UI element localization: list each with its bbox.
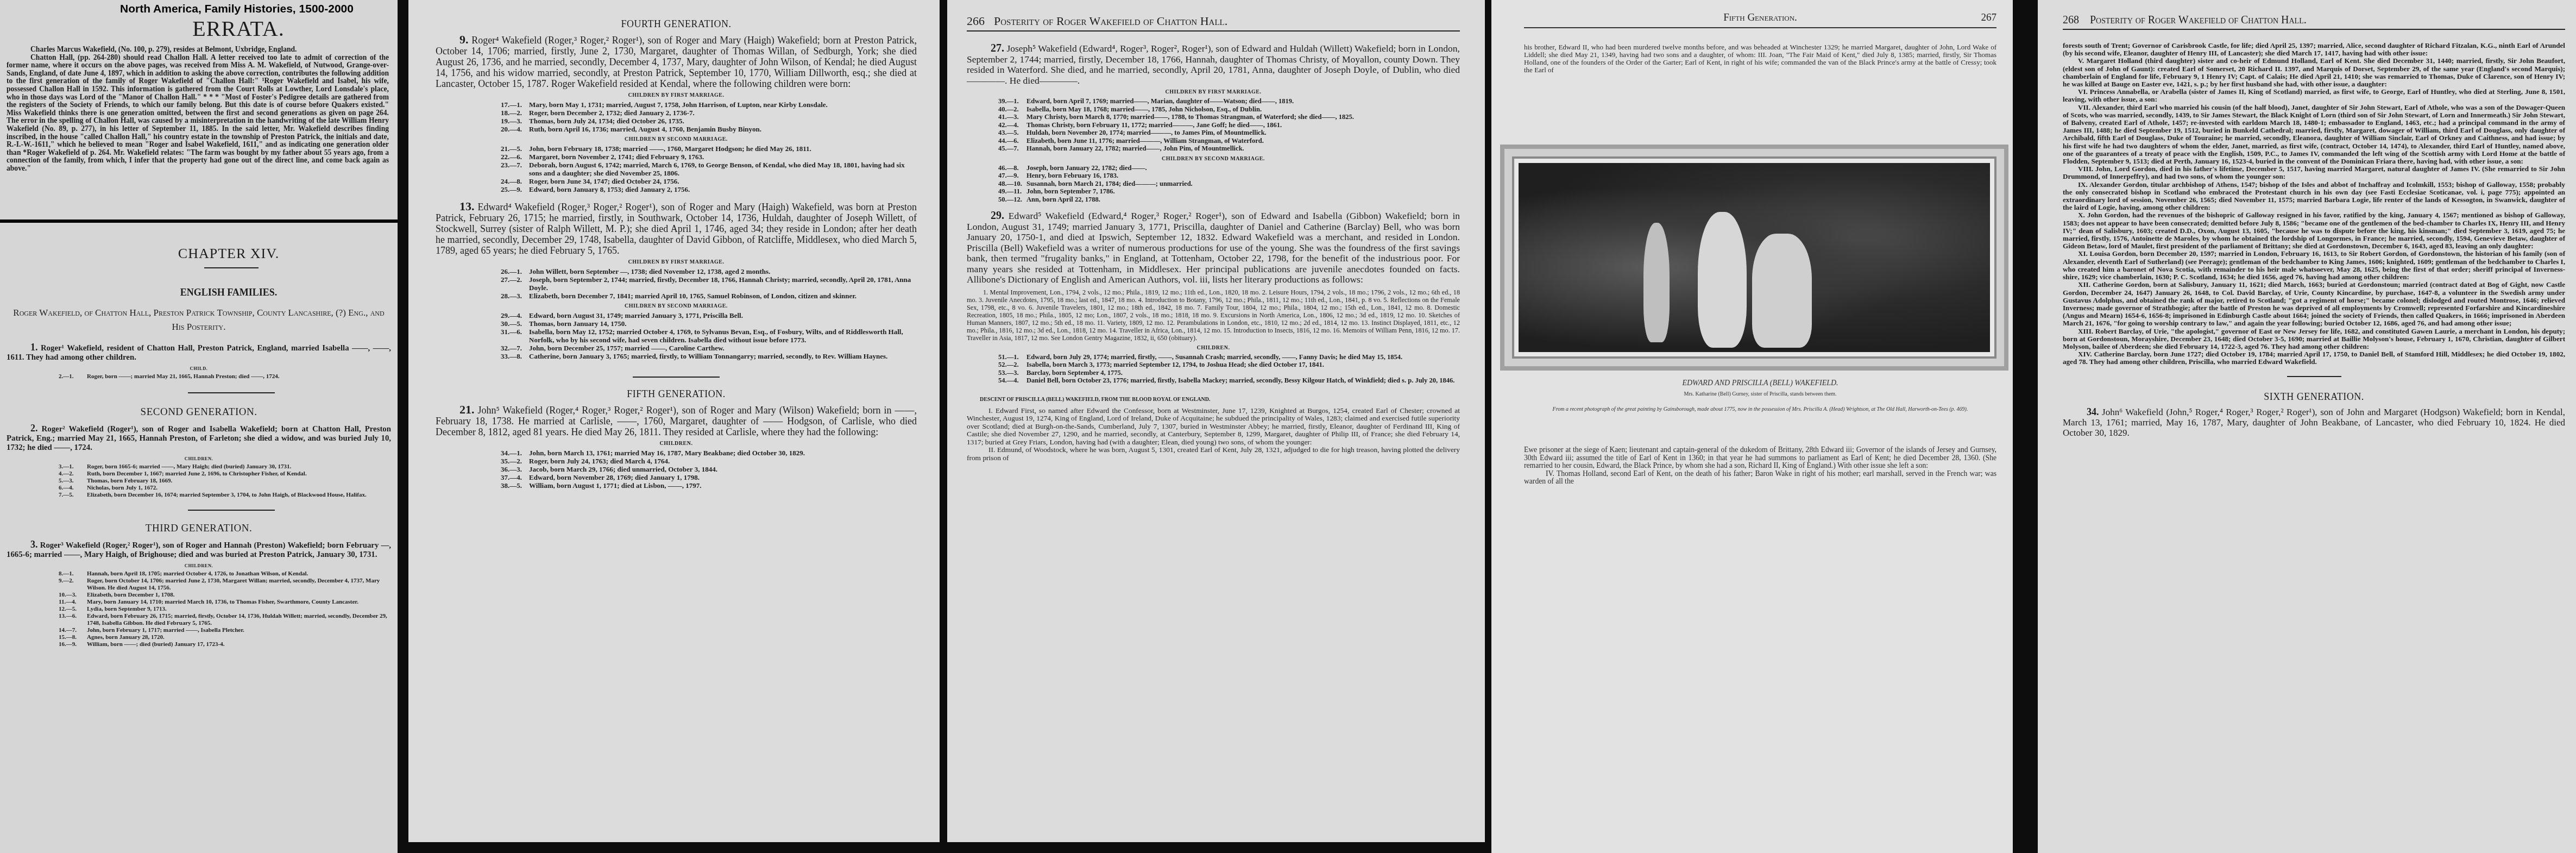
child-number: 44.—6.: [998, 137, 1026, 145]
child-text: Thomas Christy, born February 11, 1772; …: [1026, 121, 1460, 129]
child-text: Barclay, born September 4, 1775.: [1026, 369, 1460, 377]
publications-list: 1. Mental Improvement, Lon., 1794, 2 vol…: [967, 288, 1460, 342]
figure-woman-standing: [1698, 212, 1747, 348]
list-item: 46.—8.Joseph, born January 22, 1782; die…: [998, 164, 1460, 172]
child-text: Isabella, born March 3, 1773; married Se…: [1026, 361, 1460, 369]
entry-number: 21.: [459, 403, 475, 416]
child-text: William, born August 1, 1771; died at Li…: [529, 481, 917, 490]
genealogy-entry: 13. Edward⁴ Wakefield (Roger,³ Roger,² R…: [436, 201, 917, 256]
child-text: Isabella, born May 18, 1768; married——, …: [1026, 105, 1460, 114]
divider: [188, 510, 275, 511]
page-268: 268 Posterity of Roger Wakefield of Chat…: [2038, 0, 2576, 853]
child-text: Susannah, born March 21, 1784; died———; …: [1026, 180, 1460, 188]
child-text: John, born September 7, 1786.: [1026, 187, 1460, 196]
child-number: 28.—3.: [501, 292, 529, 300]
entry-number: 27.: [991, 42, 1004, 54]
entry-text: Roger³ Wakefield (Roger,² Roger¹), son o…: [7, 541, 391, 559]
entry-number: 1.: [30, 342, 38, 353]
descent-paragraph: XI. Louisa Gordon, born December 20, 159…: [2063, 250, 2565, 281]
child-number: 52.—2.: [998, 361, 1026, 369]
child-number: 6.—4.: [59, 485, 87, 492]
genealogy-entry: 2. Roger² Wakefield (Roger¹), son of Rog…: [7, 424, 391, 453]
child-text: John, born February 1, 1717; married ——,…: [87, 627, 391, 634]
list-item: 17.—1.Mary, born May 1, 1731; married, A…: [501, 101, 917, 109]
list-item: 41.—3.Mary Christy, born March 8, 1770; …: [998, 113, 1460, 121]
child-number: 39.—1.: [998, 97, 1026, 105]
portrait-painting-image: [1500, 145, 2008, 371]
children-list: 3.—1.Roger, born 1665-6; married ——, Mar…: [59, 463, 391, 499]
child-number: 4.—2.: [59, 471, 87, 478]
genealogy-entry: 29. Edward⁵ Wakefield (Edward,⁴ Roger,³ …: [967, 211, 1460, 285]
children-list: 2.—1.Roger, born ——; married May 21, 166…: [59, 373, 391, 380]
body-text-span: Ewe prisoner at the siege of Kaen; lieut…: [1524, 446, 1996, 469]
child-number: 50.—12.: [998, 196, 1026, 204]
child-text: Elizabeth, born December 1, 1708.: [87, 592, 391, 599]
descent-heading: DESCENT OF PRISCILLA (BELL) WAKEFIELD, F…: [980, 397, 1460, 403]
descent-paragraph: VI. Princess Annabella, or Arabella (sis…: [2063, 88, 2565, 103]
child-number: 13.—6.: [59, 613, 87, 627]
caption-note: From a recent photograph of the great pa…: [1524, 406, 1996, 413]
child-text: Margaret, born November 2, 1741; died Fe…: [529, 153, 917, 161]
children-label: CHILDREN.: [436, 441, 917, 447]
children-label: CHILDREN BY SECOND MARRIAGE.: [436, 136, 917, 142]
child-text: Edward, born February 26, 1715; married,…: [87, 613, 391, 627]
list-item: 34.—1.John, born March 13, 1761; married…: [501, 449, 917, 457]
child-text: Thomas, born January 14, 1750.: [529, 319, 917, 328]
child-number: 29.—4.: [501, 311, 529, 319]
divider: [204, 267, 259, 268]
descent-paragraph: V. Margaret Holland (third daughter) sis…: [2063, 57, 2565, 88]
list-item: 20.—4.Ruth, born April 16, 1736; married…: [501, 125, 917, 133]
list-item: 43.—5.Huldah, born November 20, 1774; ma…: [998, 129, 1460, 137]
errata-paragraph: Chatton Hall, (pp. 264-280) should read …: [7, 54, 389, 173]
child-text: Roger, born July 24, 1763; died March 4,…: [529, 457, 917, 465]
caption-title: EDWARD AND PRISCILLA (BELL) WAKEFIELD.: [1524, 379, 1996, 388]
child-number: 38.—5.: [501, 481, 529, 490]
child-number: 31.—6.: [501, 328, 529, 344]
list-item: 51.—1.Edward, born July 29, 1774; marrie…: [998, 353, 1460, 361]
generation-heading: FIFTH GENERATION.: [436, 388, 917, 400]
child-text: Nicholas, born July 1, 1672.: [87, 485, 391, 492]
child-text: Ruth, born April 16, 1736; married, Augu…: [529, 125, 917, 133]
running-header: 268 Posterity of Roger Wakefield of Chat…: [2063, 14, 2565, 30]
list-item: 52.—2.Isabella, born March 3, 1773; marr…: [998, 361, 1460, 369]
children-label: CHILDREN.: [7, 456, 391, 461]
divider: [188, 392, 275, 393]
children-list: 8.—1.Hannah, born April 18, 1705; marrie…: [59, 570, 391, 648]
child-number: 36.—3.: [501, 465, 529, 473]
entry-text: Edward⁵ Wakefield (Edward,⁴ Roger,³ Roge…: [967, 210, 1460, 285]
child-number: 46.—8.: [998, 164, 1026, 172]
child-text: Joseph, born January 22, 1782; died——.: [1026, 164, 1460, 172]
page-266: 266 Posterity of Roger Wakefield of Chat…: [947, 0, 1485, 842]
child-text: Hannah, born January 22, 1782; married——…: [1026, 145, 1460, 153]
entry-text: Roger¹ Wakefield, resident of Chatton Ha…: [7, 344, 391, 362]
child-number: 23.—7.: [501, 161, 529, 177]
child-text: Mary, born May 1, 1731; married, August …: [529, 101, 917, 109]
child-text: Lydia, born September 9, 1713.: [87, 606, 391, 613]
entry-number: 34.: [2087, 406, 2099, 417]
child-number: 35.—2.: [501, 457, 529, 465]
list-item: 21.—5.John, born February 18, 1738; marr…: [501, 145, 917, 153]
list-item: 45.—7.Hannah, born January 22, 1782; mar…: [998, 145, 1460, 153]
page-267: Fifth Generation. 267 his brother, Edwar…: [1491, 0, 2013, 853]
child-text: John Willett, born September —, 1738; di…: [529, 267, 917, 275]
list-item: 37.—4.Edward, born November 28, 1769; di…: [501, 473, 917, 481]
list-item: 28.—3.Elizabeth, born December 7, 1841; …: [501, 292, 917, 300]
list-item: 27.—2.Joseph, born September 2, 1744; ma…: [501, 275, 917, 292]
child-text: Jacob, born March 29, 1766; died unmarri…: [529, 465, 917, 473]
child-number: 18.—2.: [501, 109, 529, 117]
child-number: 42.—4.: [998, 121, 1026, 129]
child-number: 40.—2.: [998, 105, 1026, 114]
child-text: Huldah, born November 20, 1774; married—…: [1026, 129, 1460, 137]
list-item: 32.—7.John, born December 25, 1757; marr…: [501, 344, 917, 352]
entry-text: Joseph⁵ Wakefield (Edward⁴, Roger³, Roge…: [967, 43, 1460, 86]
list-item: 40.—2.Isabella, born May 18, 1768; marri…: [998, 105, 1460, 114]
list-item: 24.—8.Roger, born June 34, 1747; died Oc…: [501, 177, 917, 185]
child-number: 30.—5.: [501, 319, 529, 328]
entry-text: John⁵ Wakefield (Roger,⁴ Roger,³ Roger,²…: [436, 405, 917, 437]
child-number: 32.—7.: [501, 344, 529, 352]
descent-paragraph: XII. Catherine Gordon, born at Salisbury…: [2063, 281, 2565, 327]
divider: [2287, 376, 2341, 377]
child-number: 54.—4.: [998, 377, 1026, 385]
list-item: 8.—1.Hannah, born April 18, 1705; marrie…: [59, 570, 391, 578]
children-list: 39.—1.Edward, born April 7, 1769; marrie…: [998, 97, 1460, 153]
child-number: 19.—3.: [501, 117, 529, 125]
list-item: 50.—12.Ann, born April 22, 1788.: [998, 196, 1460, 204]
list-item: 25.—9.Edward, born January 8, 1753; died…: [501, 185, 917, 193]
list-item: 42.—4.Thomas Christy, born February 11, …: [998, 121, 1460, 129]
genealogy-entry: 27. Joseph⁵ Wakefield (Edward⁴, Roger³, …: [967, 43, 1460, 86]
entry-text: Edward⁴ Wakefield (Roger,³ Roger,² Roger…: [436, 202, 917, 256]
child-text: Ruth, born December 1, 1667; married Jun…: [87, 471, 391, 478]
entry-number: 9.: [459, 33, 469, 46]
caption-subtitle: Mrs. Katharine (Bell) Gurney, sister of …: [1524, 391, 1996, 397]
generation-heading: SIXTH GENERATION.: [2063, 391, 2565, 403]
page-errata-chapter-xiv: North America, Family Histories, 1500-20…: [0, 0, 398, 853]
child-text: Roger, born ——; married May 21, 1665, Ha…: [87, 373, 391, 380]
errata-paragraph: Charles Marcus Wakefield, (No. 100, p. 2…: [7, 46, 389, 54]
child-text: Roger, born June 34, 1747; died October …: [529, 177, 917, 185]
child-text: Elizabeth, born December 7, 1841; marrie…: [529, 292, 917, 300]
child-text: Ann, born April 22, 1788.: [1026, 196, 1460, 204]
list-item: 12.—5.Lydia, born September 9, 1713.: [59, 606, 391, 613]
descent-paragraph: VIII. John, Lord Gordon, died in his fat…: [2063, 165, 2565, 180]
generation-heading: FOURTH GENERATION.: [436, 18, 917, 30]
body-text: Ewe prisoner at the siege of Kaen; lieut…: [1524, 446, 1996, 486]
list-item: 23.—7.Deborah, born August 6, 1742; marr…: [501, 161, 917, 177]
child-number: 37.—4.: [501, 473, 529, 481]
page-fourth-generation: FOURTH GENERATION. 9. Roger⁴ Wakefield (…: [408, 0, 940, 842]
running-title: Fifth Generation.: [1723, 12, 1797, 23]
collection-banner: North America, Family Histories, 1500-20…: [0, 0, 398, 16]
list-item: 9.—2.Roger, born October 14, 1706; marri…: [59, 578, 391, 592]
child-number: 47.—9.: [998, 172, 1026, 180]
figure-man: [1643, 223, 1670, 342]
child-number: 53.—3.: [998, 369, 1026, 377]
descent-paragraph: II. Edmund, of Woodstock, where he was b…: [967, 446, 1460, 462]
child-number: 11.—4.: [59, 599, 87, 606]
child-number: 41.—3.: [998, 113, 1026, 121]
list-item: 54.—4.Daniel Bell, born October 23, 1776…: [998, 377, 1460, 385]
page-number: 268: [2063, 14, 2090, 27]
child-text: Roger, born October 14, 1706; married Ju…: [87, 578, 391, 592]
generation-heading: SECOND GENERATION.: [7, 406, 391, 418]
entry-text: Roger⁴ Wakefield (Roger,³ Roger,² Roger¹…: [436, 35, 917, 89]
child-text: John, born December 25, 1757; married ——…: [529, 344, 917, 352]
entry-number: 2.: [30, 423, 38, 434]
list-item: 38.—5.William, born August 1, 1771; died…: [501, 481, 917, 490]
list-item: 13.—6.Edward, born February 26, 1715; ma…: [59, 613, 391, 627]
child-text: Thomas, born July 24, 1734; died October…: [529, 117, 917, 125]
children-list: 34.—1.John, born March 13, 1761; married…: [501, 449, 917, 490]
list-item: 33.—8.Catherine, born January 3, 1765; m…: [501, 352, 917, 360]
children-label: CHILDREN BY FIRST MARRIAGE.: [436, 259, 917, 265]
child-number: 2.—1.: [59, 373, 87, 380]
child-number: 10.—3.: [59, 592, 87, 599]
children-list: 26.—1.John Willett, born September —, 17…: [501, 267, 917, 300]
child-text: Elizabeth, born June 11, 1776; married——…: [1026, 137, 1460, 145]
descent-paragraph: VII. Alexander, third Earl who married h…: [2063, 104, 2565, 166]
body-text-span: IV. Thomas Holland, second Earl of Kent,…: [1524, 469, 1996, 486]
child-number: 3.—1.: [59, 463, 87, 471]
genealogy-entry: 1. Roger¹ Wakefield, resident of Chatton…: [7, 343, 391, 362]
divider: [633, 377, 720, 378]
list-item: 15.—8.Agnes, born January 28, 1720.: [59, 634, 391, 641]
chapter-title: Roger Wakefield, of Chatton Hall, Presto…: [7, 306, 391, 334]
child-text: Edward, born November 28, 1769; died Jan…: [529, 473, 917, 481]
chapter-heading: CHAPTER XIV.: [66, 246, 391, 262]
running-header: Fifth Generation. 267: [1524, 12, 1996, 28]
child-text: Henry, born February 16, 1783.: [1026, 172, 1460, 180]
list-item: 10.—3.Elizabeth, born December 1, 1708.: [59, 592, 391, 599]
list-item: 16.—9.William, born ——; died (buried) Ja…: [59, 641, 391, 648]
running-header: 266 Posterity of Roger Wakefield of Chat…: [967, 14, 1460, 32]
list-item: 49.—11.John, born September 7, 1786.: [998, 187, 1460, 196]
list-item: 18.—2.Roger, born December 2, 1732; died…: [501, 109, 917, 117]
child-number: 5.—3.: [59, 478, 87, 485]
child-text: Edward, born July 29, 1774; married, fir…: [1026, 353, 1460, 361]
child-text: Edward, born January 8, 1753; died Janua…: [529, 185, 917, 193]
list-item: 5.—3.Thomas, born February 18, 1669.: [59, 478, 391, 485]
child-number: 48.—10.: [998, 180, 1026, 188]
child-number: 51.—1.: [998, 353, 1026, 361]
child-number: 7.—5.: [59, 492, 87, 499]
child-text: Hannah, born April 18, 1705; married Oct…: [87, 570, 391, 578]
generation-heading: THIRD GENERATION.: [7, 523, 391, 535]
descent-paragraph: I. Edward First, so named after Edward t…: [967, 407, 1460, 447]
child-text: John, born March 13, 1761; married May 1…: [529, 449, 917, 457]
child-text: Daniel Bell, born October 23, 1776; marr…: [1026, 377, 1460, 385]
child-number: 25.—9.: [501, 185, 529, 193]
children-label: CHILDREN BY SECOND MARRIAGE.: [967, 156, 1460, 162]
descent-paragraph: forests south of Trent; Governor of Cari…: [2063, 42, 2565, 57]
child-number: 20.—4.: [501, 125, 529, 133]
entry-number: 3.: [30, 539, 38, 550]
genealogy-entry: 21. John⁵ Wakefield (Roger,⁴ Roger,³ Rog…: [436, 404, 917, 437]
child-text: Agnes, born January 28, 1720.: [87, 634, 391, 641]
child-text: Elizabeth, born December 16, 1674; marri…: [87, 492, 391, 499]
genealogy-entry: 3. Roger³ Wakefield (Roger,² Roger¹), so…: [7, 540, 391, 560]
descent-paragraph: X. John Gordon, had the revenues of the …: [2063, 211, 2565, 250]
list-item: 53.—3.Barclay, born September 4, 1775.: [998, 369, 1460, 377]
list-item: 36.—3.Jacob, born March 29, 1766; died u…: [501, 465, 917, 473]
list-item: 11.—4.Mary, born January 14, 1710; marri…: [59, 599, 391, 606]
child-number: 27.—2.: [501, 275, 529, 292]
children-list: 29.—4.Edward, born August 31, 1749; marr…: [501, 311, 917, 360]
list-item: 7.—5.Elizabeth, born December 16, 1674; …: [59, 492, 391, 499]
children-label: CHILDREN BY FIRST MARRIAGE.: [436, 92, 917, 98]
child-text: Edward, born August 31, 1749; married Ja…: [529, 311, 917, 319]
list-item: 26.—1.John Willett, born September —, 17…: [501, 267, 917, 275]
child-text: Mary Christy, born March 8, 1770; marrie…: [1026, 113, 1460, 121]
child-text: John, born February 18, 1738; married ——…: [529, 145, 917, 153]
figure-woman-seated: [1752, 234, 1812, 348]
child-text: Mary, born January 14, 1710; married Mar…: [87, 599, 391, 606]
child-text: Joseph, born September 2, 1744; married,…: [529, 275, 917, 292]
body-text: his brother, Edward II, who had been mur…: [1524, 43, 1996, 74]
genealogy-entry: 34. John⁶ Wakefield (John,⁵ Roger,⁴ Roge…: [2063, 407, 2565, 438]
list-item: 3.—1.Roger, born 1665-6; married ——, Mar…: [59, 463, 391, 471]
children-list: 46.—8.Joseph, born January 22, 1782; die…: [998, 164, 1460, 204]
errata-section: ERRATA. Charles Marcus Wakefield, (No. 1…: [0, 16, 398, 223]
list-item: 30.—5.Thomas, born January 14, 1750.: [501, 319, 917, 328]
children-label: CHILDREN.: [7, 563, 391, 568]
entry-text: John⁶ Wakefield (John,⁵ Roger,⁴ Roger,³ …: [2063, 407, 2565, 438]
descent-paragraph: XIII. Robert Barclay, of Urie, "the apol…: [2063, 328, 2565, 351]
list-item: 29.—4.Edward, born August 31, 1749; marr…: [501, 311, 917, 319]
children-list: 17.—1.Mary, born May 1, 1731; married, A…: [501, 101, 917, 133]
entry-text: Roger² Wakefield (Roger¹), son of Roger …: [7, 425, 391, 452]
child-text: Isabella, born May 12, 1752; married Oct…: [529, 328, 917, 344]
child-text: Roger, born December 2, 1732; died Janua…: [529, 109, 917, 117]
list-item: 2.—1.Roger, born ——; married May 21, 166…: [59, 373, 391, 380]
list-item: 22.—6.Margaret, born November 2, 1741; d…: [501, 153, 917, 161]
child-number: 8.—1.: [59, 570, 87, 578]
child-text: Catherine, born January 3, 1765; married…: [529, 352, 917, 360]
chapter-section: CHAPTER XIV. ENGLISH FAMILIES. Roger Wak…: [0, 246, 398, 648]
section-heading: ENGLISH FAMILIES.: [66, 287, 391, 298]
entry-number: 29.: [991, 210, 1004, 222]
list-item: 14.—7.John, born February 1, 1717; marri…: [59, 627, 391, 634]
painting-canvas: [1519, 163, 1990, 352]
list-item: 48.—10.Susannah, born March 21, 1784; di…: [998, 180, 1460, 188]
list-item: 35.—2.Roger, born July 24, 1763; died Ma…: [501, 457, 917, 465]
descent-paragraph: IX. Alexander Gordon, titular archbishop…: [2063, 181, 2565, 212]
list-item: 31.—6.Isabella, born May 12, 1752; marri…: [501, 328, 917, 344]
list-item: 39.—1.Edward, born April 7, 1769; marrie…: [998, 97, 1460, 105]
child-number: 12.—5.: [59, 606, 87, 613]
running-title: Posterity of Roger Wakefield of Chatton …: [994, 14, 1460, 28]
children-label: CHILDREN BY SECOND MARRIAGE.: [436, 303, 917, 309]
children-list: 51.—1.Edward, born July 29, 1774; marrie…: [998, 353, 1460, 385]
child-number: 43.—5.: [998, 129, 1026, 137]
children-label: CHILDREN.: [967, 345, 1460, 351]
child-number: 21.—5.: [501, 145, 529, 153]
child-number: 45.—7.: [998, 145, 1026, 153]
list-item: 6.—4.Nicholas, born July 1, 1672.: [59, 485, 391, 492]
child-number: 34.—1.: [501, 449, 529, 457]
entry-number: 13.: [459, 199, 475, 213]
child-number: 22.—6.: [501, 153, 529, 161]
child-text: Roger, born 1665-6; married ——, Mary Hai…: [87, 463, 391, 471]
list-item: 19.—3.Thomas, born July 24, 1734; died O…: [501, 117, 917, 125]
page-number: 267: [1981, 12, 1997, 24]
child-number: 17.—1.: [501, 101, 529, 109]
list-item: 44.—6.Elizabeth, born June 11, 1776; mar…: [998, 137, 1460, 145]
child-text: William, born ——; died (buried) January …: [87, 641, 391, 648]
image-caption: EDWARD AND PRISCILLA (BELL) WAKEFIELD. M…: [1524, 379, 1996, 413]
list-item: 47.—9.Henry, born February 16, 1783.: [998, 172, 1460, 180]
child-text: Thomas, born February 18, 1669.: [87, 478, 391, 485]
genealogy-entry: 9. Roger⁴ Wakefield (Roger,³ Roger,² Rog…: [436, 34, 917, 89]
descent-paragraph: XIV. Catherine Barclay, born June 1727; …: [2063, 350, 2565, 366]
page-number: 266: [967, 14, 994, 28]
child-text: Deborah, born August 6, 1742; married, M…: [529, 161, 917, 177]
child-number: 24.—8.: [501, 177, 529, 185]
child-number: 49.—11.: [998, 187, 1026, 196]
children-label: CHILD.: [7, 366, 391, 371]
list-item: 4.—2.Ruth, born December 1, 1667; marrie…: [59, 471, 391, 478]
errata-heading: ERRATA.: [88, 16, 389, 41]
child-number: 14.—7.: [59, 627, 87, 634]
child-number: 33.—8.: [501, 352, 529, 360]
child-number: 15.—8.: [59, 634, 87, 641]
children-label: CHILDREN BY FIRST MARRIAGE.: [967, 89, 1460, 95]
child-text: Edward, born April 7, 1769; married——, M…: [1026, 97, 1460, 105]
children-list: 21.—5.John, born February 18, 1738; marr…: [501, 145, 917, 193]
running-title: Posterity of Roger Wakefield of Chatton …: [2090, 14, 2565, 27]
child-number: 16.—9.: [59, 641, 87, 648]
child-number: 26.—1.: [501, 267, 529, 275]
child-number: 9.—2.: [59, 578, 87, 592]
